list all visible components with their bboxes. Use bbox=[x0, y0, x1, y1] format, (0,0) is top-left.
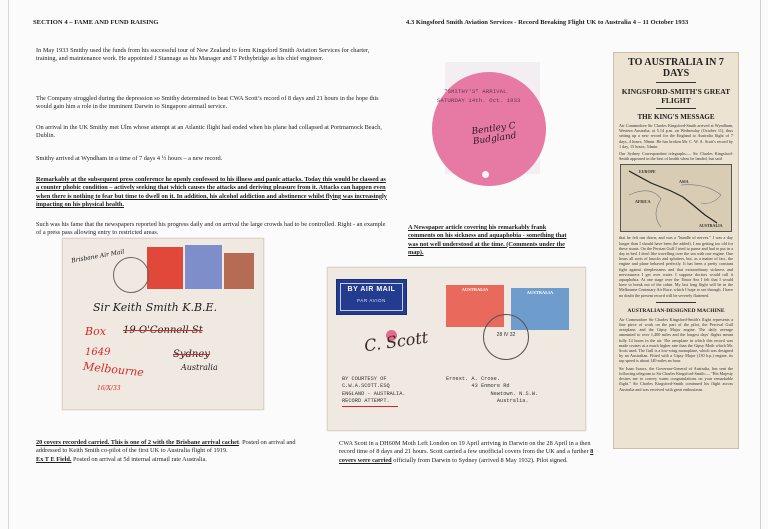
cover1-address-line-4: Australia bbox=[181, 363, 218, 372]
intro-paragraph-6: Such was his fame that the newspapers re… bbox=[36, 221, 386, 238]
divider bbox=[656, 302, 696, 303]
cover-keith-smith: Brisbane Air Mail Sir Keith Smith K.B.E.… bbox=[62, 238, 264, 410]
redirect-line-4: 16/X/33 bbox=[97, 385, 121, 392]
cover1-address-line-2: 19 O'Connell St bbox=[123, 325, 203, 336]
newspaper-para-2: Our Sydney Correspondent telegraphs:— Si… bbox=[614, 150, 738, 162]
intro-paragraph-2: The Company struggled during the depress… bbox=[36, 95, 386, 112]
pilot-signature: C. Scott bbox=[363, 328, 429, 356]
stamp-red bbox=[147, 247, 183, 289]
cover1-caption-text-2: Posted on arrival at 5d internal airmail… bbox=[71, 456, 206, 463]
cover1-caption: 20 covers recorded carried. This is one … bbox=[36, 439, 321, 464]
press-pass: "SMITHY'S" ARRIVAL SATURDAY 14th. Oct. 1… bbox=[432, 72, 546, 186]
intro-paragraph-3: On arrival in the UK Smithy met Ulm whos… bbox=[36, 124, 386, 141]
newspaper-clipping: TO AUSTRALIA IN 7 DAYS KINGSFORD-SMITH'S… bbox=[613, 52, 739, 449]
cover2-caption: CWA Scott in a DH60M Moth Left London on… bbox=[339, 440, 599, 465]
newspaper-caption: A Newspaper article covering his remarka… bbox=[408, 224, 568, 257]
recipient-address: Ernest. A. Crose. 43 Enmore Rd Newtown. … bbox=[446, 376, 538, 406]
route-line-icon bbox=[621, 165, 731, 231]
map-label-asia: ASIA bbox=[679, 179, 689, 184]
cover2-caption-text-2: officially from Darwin to Sydney (arrive… bbox=[392, 457, 568, 464]
map-label-africa: AFRICA bbox=[635, 199, 651, 204]
newspaper-para-5: Sir Isaac Isaacs, the Governor-General o… bbox=[614, 365, 738, 393]
cover1-address-line-1: Sir Keith Smith K.B.E. bbox=[93, 301, 217, 314]
newspaper-subhead-2: AUSTRALIAN-DESIGNED MACHINE bbox=[614, 307, 738, 316]
divider bbox=[656, 82, 696, 83]
intro-paragraph-4: Smithy arrived at Wyndham in a time of 7… bbox=[36, 155, 386, 163]
cover1-address-line-3: Sydney bbox=[173, 349, 210, 360]
divider bbox=[656, 108, 696, 109]
newspaper-para-4: Air Commodore Sir Charles Kingsford-Smit… bbox=[614, 316, 738, 365]
press-pass-signature: Bentley C Budgland bbox=[471, 117, 547, 147]
stamp-blue bbox=[185, 245, 222, 289]
postmark-icon bbox=[113, 257, 149, 293]
redirect-line-3: Melbourne bbox=[82, 360, 144, 379]
red-underline bbox=[342, 406, 398, 407]
postmark-icon: 28 IV 32 bbox=[483, 314, 529, 360]
newspaper-headline-2: KINGSFORD-SMITH'S GREAT FLIGHT bbox=[614, 87, 738, 105]
page-title: 4.3 Kingsford Smith Aviation Services - … bbox=[406, 19, 688, 27]
courtesy-text: BY COURTESY OF C.W.A.SCOTT.ESQ ENGLAND -… bbox=[342, 376, 406, 406]
map-label-australia: AUSTRALIA bbox=[699, 223, 723, 228]
intro-paragraph-emphasis: Remarkably at the subsequent press confe… bbox=[36, 176, 388, 209]
newspaper-headline: TO AUSTRALIA IN 7 DAYS bbox=[614, 57, 738, 79]
cover1-caption-bold-2: Ex T E Field. bbox=[36, 456, 71, 463]
redirect-line-1: Box bbox=[85, 325, 106, 338]
redirect-line-2: 1649 bbox=[85, 347, 110, 358]
press-pass-line-2: SATURDAY 14th. Oct. 1933 bbox=[437, 97, 521, 104]
stamp-brown bbox=[224, 253, 254, 289]
cover-cwa-scott: BY AIR MAIL PAR AVION AUSTRALIA AUSTRALI… bbox=[327, 267, 586, 431]
cover1-caption-bold-1: 20 covers recorded carried. This is one … bbox=[36, 439, 239, 446]
route-map: EUROPE ASIA AFRICA AUSTRALIA bbox=[620, 164, 732, 232]
newspaper-para-3: that he felt run down, and was a "bundle… bbox=[614, 234, 738, 298]
newspaper-subhead-1: THE KING'S MESSAGE bbox=[614, 113, 738, 122]
press-pass-line-1: "SMITHY'S" ARRIVAL bbox=[444, 88, 507, 95]
map-label-europe: EUROPE bbox=[639, 169, 656, 174]
airmail-label-subtext: PAR AVION bbox=[337, 298, 406, 303]
section-title: SECTION 4 – FAME AND FUND RAISING bbox=[33, 19, 159, 27]
airmail-label: BY AIR MAIL PAR AVION bbox=[336, 279, 407, 315]
page-edge-right bbox=[760, 0, 761, 529]
intro-paragraph-1: In May 1933 Smithy used the funds from h… bbox=[36, 47, 386, 64]
cover2-caption-text-1: CWA Scott in a DH60M Moth Left London on… bbox=[339, 440, 591, 455]
airmail-label-text: BY AIR MAIL bbox=[337, 286, 406, 293]
press-pass-hole bbox=[482, 171, 489, 178]
page-edge-left bbox=[8, 0, 9, 529]
newspaper-para-1: Air Commodore Sir Charles Kingsford-Smit… bbox=[614, 122, 738, 150]
